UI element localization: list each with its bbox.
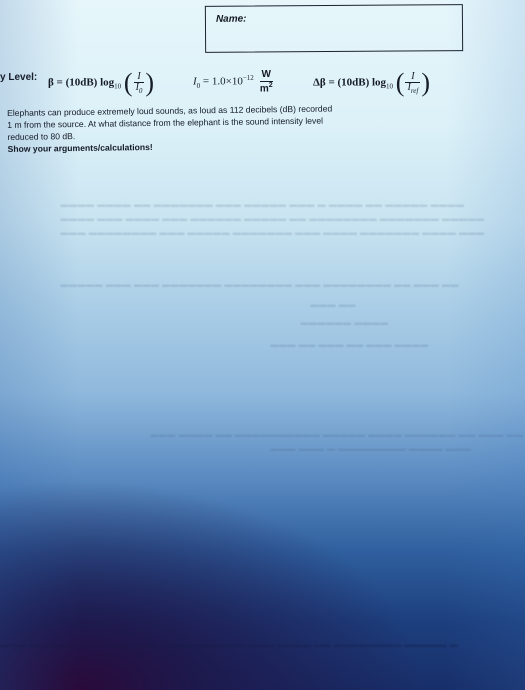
reference-intensity: I0 = 1.0×10−12 Wm2 [193, 70, 273, 94]
name-field[interactable]: Name: [205, 4, 463, 53]
bleed-through-text: ▬▬▬▬ ▬▬▬ ▬▬ ▬▬▬ ▬▬ ▬▬▬ [270, 340, 428, 349]
delta-beta-formula-lhs: Δβ = (10dB) log [313, 77, 386, 89]
right-paren: ) [145, 68, 154, 97]
formula-row: y Level: β = (10dB) log10 (II0) I0 = 1.0… [0, 62, 525, 102]
reference-intensity-value: = 1.0×10 [200, 76, 243, 88]
bleed-through-text: ▬▬ ▬▬▬ ▬▬ ▬▬▬▬▬▬▬▬ ▬▬▬ ▬▬▬▬▬▬▬▬ ▬▬▬▬▬▬▬ … [60, 280, 459, 289]
bleed-through-text: ▬▬▬ ▬▬▬▬ ▬▬▬▬▬▬▬ ▬▬▬▬ ▬▬▬ ▬▬▬▬▬▬▬ ▬▬▬▬▬ … [60, 228, 484, 237]
denominator-subscript: ref [411, 87, 419, 95]
unit-watts-per-square-meter: Wm2 [260, 70, 273, 94]
beta-formula-lhs: β = (10dB) log [48, 77, 114, 89]
left-paren: ( [124, 68, 133, 97]
log-base: 10 [114, 83, 121, 91]
bleed-through-text: ▬▬ ▬▬▬ ▬▬ ▬▬▬▬▬▬ ▬▬▬▬ ▬▬▬▬▬ ▬▬▬▬▬▬▬▬▬▬ ▬… [150, 430, 523, 439]
left-paren: ( [396, 68, 405, 97]
unit-denominator-base: m [260, 83, 269, 94]
bleed-through-text: ▬▬▬ ▬▬▬▬ ▬▬▬▬▬▬▬▬ ▬ ▬▬▬ ▬▬▬ [270, 444, 471, 453]
problem-statement: Elephants can produce extremely loud sou… [7, 100, 478, 155]
beta-formula: β = (10dB) log10 (II0) [48, 70, 154, 96]
unit-denominator-exponent: 2 [269, 82, 273, 89]
right-paren: ) [421, 68, 430, 97]
denominator-subscript: 0 [139, 87, 143, 95]
intensity-ratio: IIref [405, 72, 420, 95]
bleed-through-text: ▬ ▬▬▬▬▬ ▬▬▬▬▬▬▬▬ ▬▬ ▬▬▬▬ ▬▬▬ ▬▬▬▬▬▬ ▬▬▬ … [0, 640, 458, 649]
unit-denominator: m2 [260, 82, 273, 95]
reference-intensity-exponent: −12 [243, 74, 254, 82]
name-label: Name: [216, 14, 247, 25]
ratio-denominator: Iref [405, 83, 420, 95]
bleed-through-text: ▬▬▬▬▬ ▬▬▬▬▬▬▬ ▬▬▬▬▬▬▬▬ ▬▬ ▬▬▬▬▬ ▬▬▬▬▬▬ ▬… [60, 214, 484, 223]
ratio-denominator: I0 [134, 83, 145, 95]
unit-numerator: W [260, 70, 273, 82]
bleed-through-text: ▬▬▬▬ ▬▬▬▬▬ ▬▬ ▬▬▬▬ ▬ ▬▬▬ ▬▬▬▬▬ ▬▬▬ ▬▬▬▬▬… [60, 200, 464, 209]
intensity-ratio: II0 [134, 72, 145, 95]
log-base: 10 [386, 83, 393, 91]
sound-level-label: y Level: [0, 72, 37, 83]
bleed-through-text: ▬▬ ▬▬▬ [310, 300, 355, 309]
delta-beta-formula: Δβ = (10dB) log10 (IIref) [313, 70, 430, 96]
bleed-through-text: ▬▬▬▬ ▬▬▬▬▬▬ [300, 318, 388, 327]
